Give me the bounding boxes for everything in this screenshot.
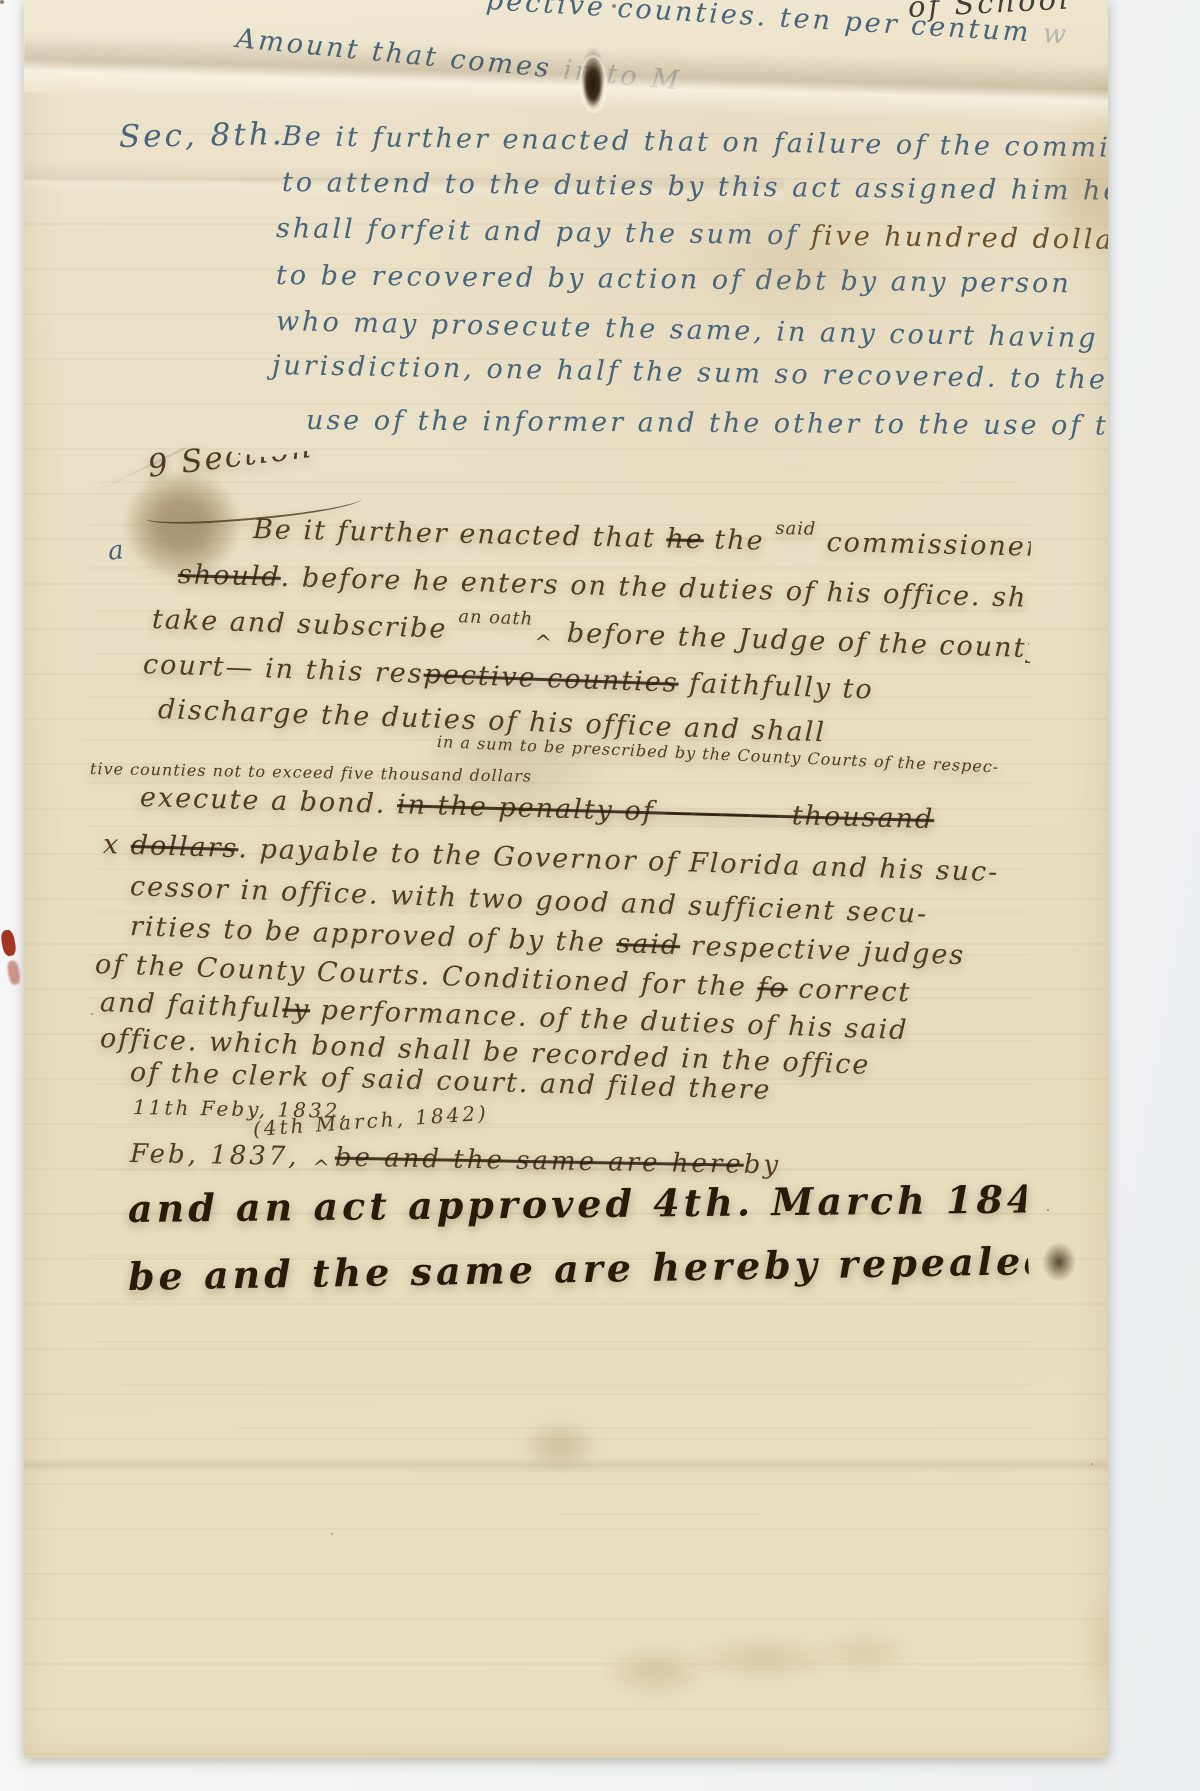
text-segment: Feb, 1837, xyxy=(130,1139,311,1172)
text-segment-ins: an oath xyxy=(458,606,533,629)
paper-scrap-wrapper: 9 Section Be it further enacted that he … xyxy=(75,440,1037,1538)
red-pigment-mark xyxy=(0,929,17,957)
text-segment: the xyxy=(703,524,775,557)
section-8-label: Sec, 8th. xyxy=(119,117,285,154)
text-segment-strike: should xyxy=(178,559,282,593)
text-segment-strike: he xyxy=(666,523,704,555)
text-segment-caret: ^ xyxy=(312,1156,332,1179)
text-segment-caret: ^ xyxy=(534,631,554,655)
text-segment-strike: ly xyxy=(282,993,311,1025)
text-segment-faded: w xyxy=(1042,18,1070,50)
text-segment: by xyxy=(743,1150,781,1181)
text-segment: use of the informer and the other to the… xyxy=(306,405,1108,442)
repeal-line-1: and an act approved 4th. March 1842 xyxy=(128,1178,1037,1230)
text-segment-brown: five hundred dollars xyxy=(811,220,1108,256)
paper-scrap: 9 Section Be it further enacted that he … xyxy=(75,440,1037,1538)
text-segment-strike: said xyxy=(616,928,681,961)
text-segment: commissioner, xyxy=(816,527,1037,564)
text-segment: and an act approved 4th. March 1842 xyxy=(128,1176,1037,1231)
text-segment: and faithful xyxy=(99,987,282,1024)
text-segment: x xyxy=(103,829,132,861)
section-8-line: use of the informer and the other to the… xyxy=(306,406,1108,442)
text-segment: Sec, 8th. xyxy=(119,116,285,155)
text-segment: correct xyxy=(787,973,912,1008)
text-segment-strike: dollars xyxy=(130,830,239,864)
ink-specks xyxy=(0,0,4,4)
text-segment-strike: fo xyxy=(757,972,788,1004)
text-segment-ins: said xyxy=(775,518,816,540)
manuscript-photo: pective counties. ten per centum w of Sc… xyxy=(0,0,1200,1791)
